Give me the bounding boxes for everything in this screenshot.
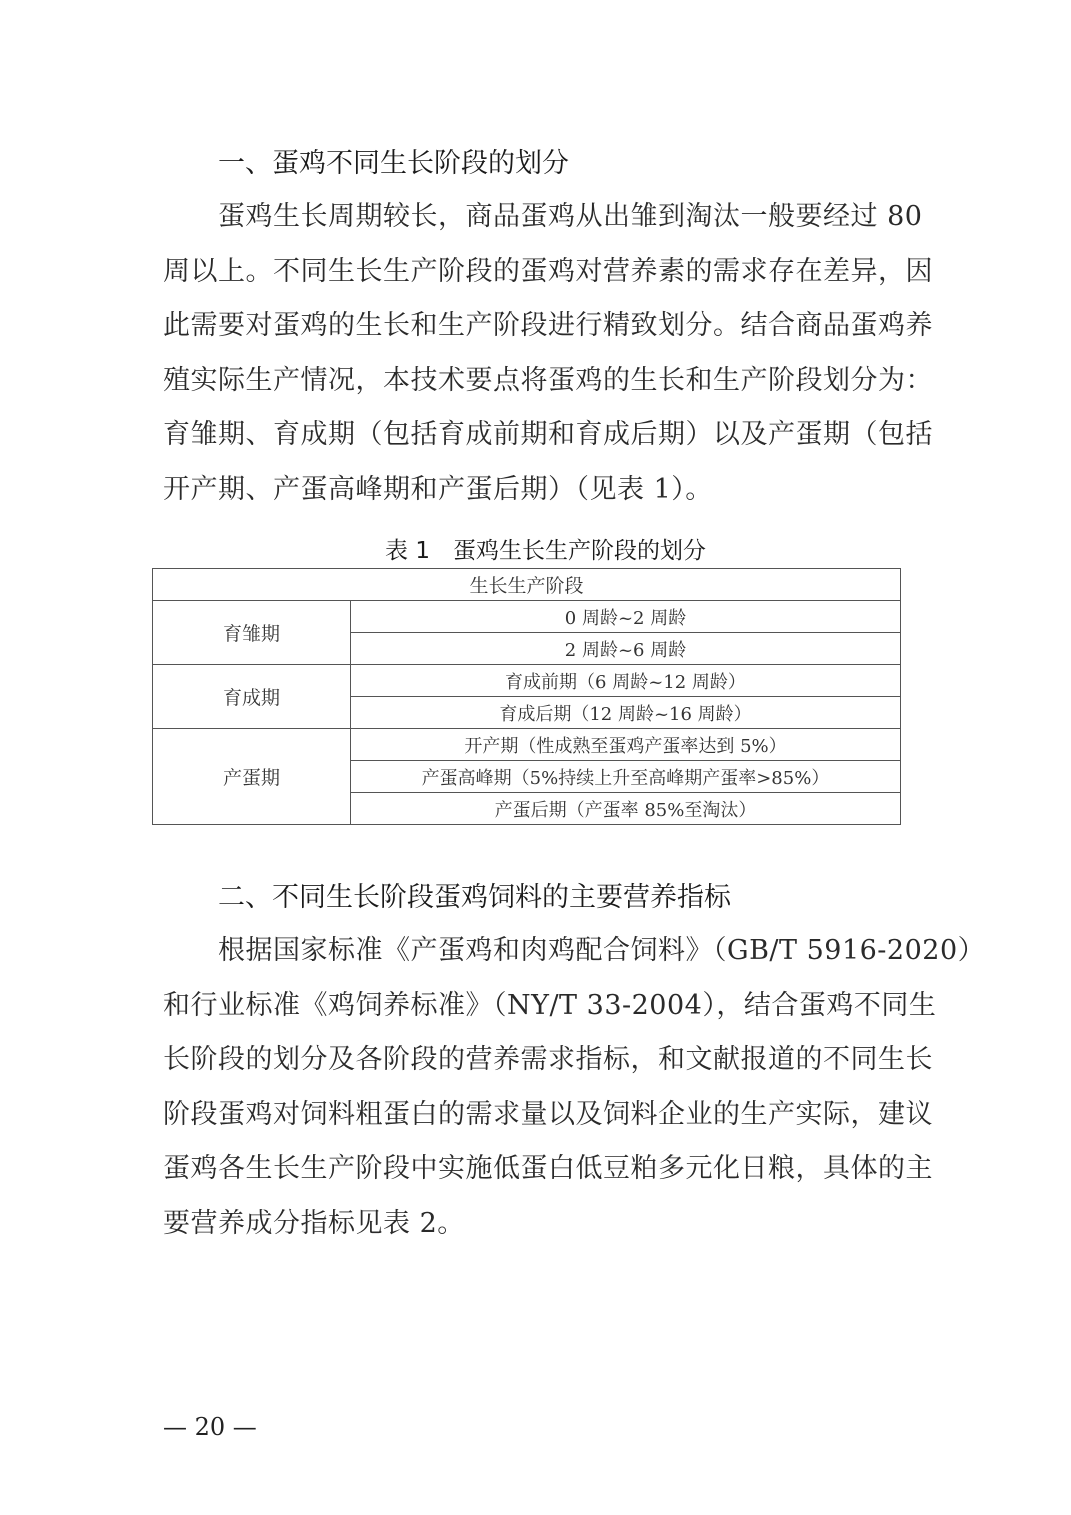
period-cell: 开产期（性成熟至蛋鸡产蛋率达到 5%） bbox=[351, 729, 901, 761]
period-cell: 育成后期（12 周龄~16 周龄） bbox=[351, 697, 901, 729]
paragraph-line: 根据国家标准《产蛋鸡和肉鸡配合饲料》（GB/T 5916-2020） bbox=[163, 924, 911, 979]
table-row: 育成期 育成前期（6 周龄~12 周龄） bbox=[153, 665, 901, 697]
stage-cell: 育雏期 bbox=[153, 601, 351, 665]
paragraph-line: 殖实际生产情况，本技术要点将蛋鸡的生长和生产阶段划分为： bbox=[163, 354, 911, 409]
period-cell: 0 周龄~2 周龄 bbox=[351, 601, 901, 633]
section1-paragraph: 蛋鸡生长周期较长，商品蛋鸡从出雏到淘汰一般要经过 80 周以上。不同生长生产阶段… bbox=[163, 190, 911, 517]
paragraph-line: 周以上。不同生长生产阶段的蛋鸡对营养素的需求存在差异，因 bbox=[163, 245, 911, 300]
paragraph-line: 要营养成分指标见表 2。 bbox=[163, 1197, 911, 1252]
table1-caption: 表 1 蛋鸡生长生产阶段的划分 bbox=[0, 534, 1071, 568]
paragraph-line: 蛋鸡生长周期较长，商品蛋鸡从出雏到淘汰一般要经过 80 bbox=[163, 190, 911, 245]
period-cell: 育成前期（6 周龄~12 周龄） bbox=[351, 665, 901, 697]
paragraph-line: 阶段蛋鸡对饲料粗蛋白的需求量以及饲料企业的生产实际，建议 bbox=[163, 1088, 911, 1143]
page-number: — 20 — bbox=[163, 1412, 257, 1442]
period-cell: 2 周龄~6 周龄 bbox=[351, 633, 901, 665]
paragraph-line: 此需要对蛋鸡的生长和生产阶段进行精致划分。结合商品蛋鸡养 bbox=[163, 299, 911, 354]
stage-cell: 产蛋期 bbox=[153, 729, 351, 825]
section2-heading: 二、不同生长阶段蛋鸡饲料的主要营养指标 bbox=[218, 880, 731, 916]
section2-paragraph: 根据国家标准《产蛋鸡和肉鸡配合饲料》（GB/T 5916-2020） 和行业标准… bbox=[163, 924, 911, 1251]
paragraph-line: 和行业标准《鸡饲养标准》（NY/T 33-2004），结合蛋鸡不同生 bbox=[163, 979, 911, 1034]
table-header-cell: 生长生产阶段 bbox=[153, 569, 901, 601]
table-row: 育雏期 0 周龄~2 周龄 bbox=[153, 601, 901, 633]
stage-cell: 育成期 bbox=[153, 665, 351, 729]
section1-heading: 一、蛋鸡不同生长阶段的划分 bbox=[218, 146, 569, 182]
period-cell: 产蛋高峰期（5%持续上升至高峰期产蛋率>85%） bbox=[351, 761, 901, 793]
period-cell: 产蛋后期（产蛋率 85%至淘汰） bbox=[351, 793, 901, 825]
paragraph-line: 育雏期、育成期（包括育成前期和育成后期）以及产蛋期（包括 bbox=[163, 408, 911, 463]
table-row: 产蛋期 开产期（性成熟至蛋鸡产蛋率达到 5%） bbox=[153, 729, 901, 761]
paragraph-line: 开产期、产蛋高峰期和产蛋后期）（见表 1）。 bbox=[163, 463, 911, 518]
table1: 生长生产阶段 育雏期 0 周龄~2 周龄 2 周龄~6 周龄 育成期 育成前期（… bbox=[152, 568, 901, 825]
paragraph-line: 长阶段的划分及各阶段的营养需求指标，和文献报道的不同生长 bbox=[163, 1033, 911, 1088]
paragraph-line: 蛋鸡各生长生产阶段中实施低蛋白低豆粕多元化日粮，具体的主 bbox=[163, 1142, 911, 1197]
table-header-row: 生长生产阶段 bbox=[153, 569, 901, 601]
